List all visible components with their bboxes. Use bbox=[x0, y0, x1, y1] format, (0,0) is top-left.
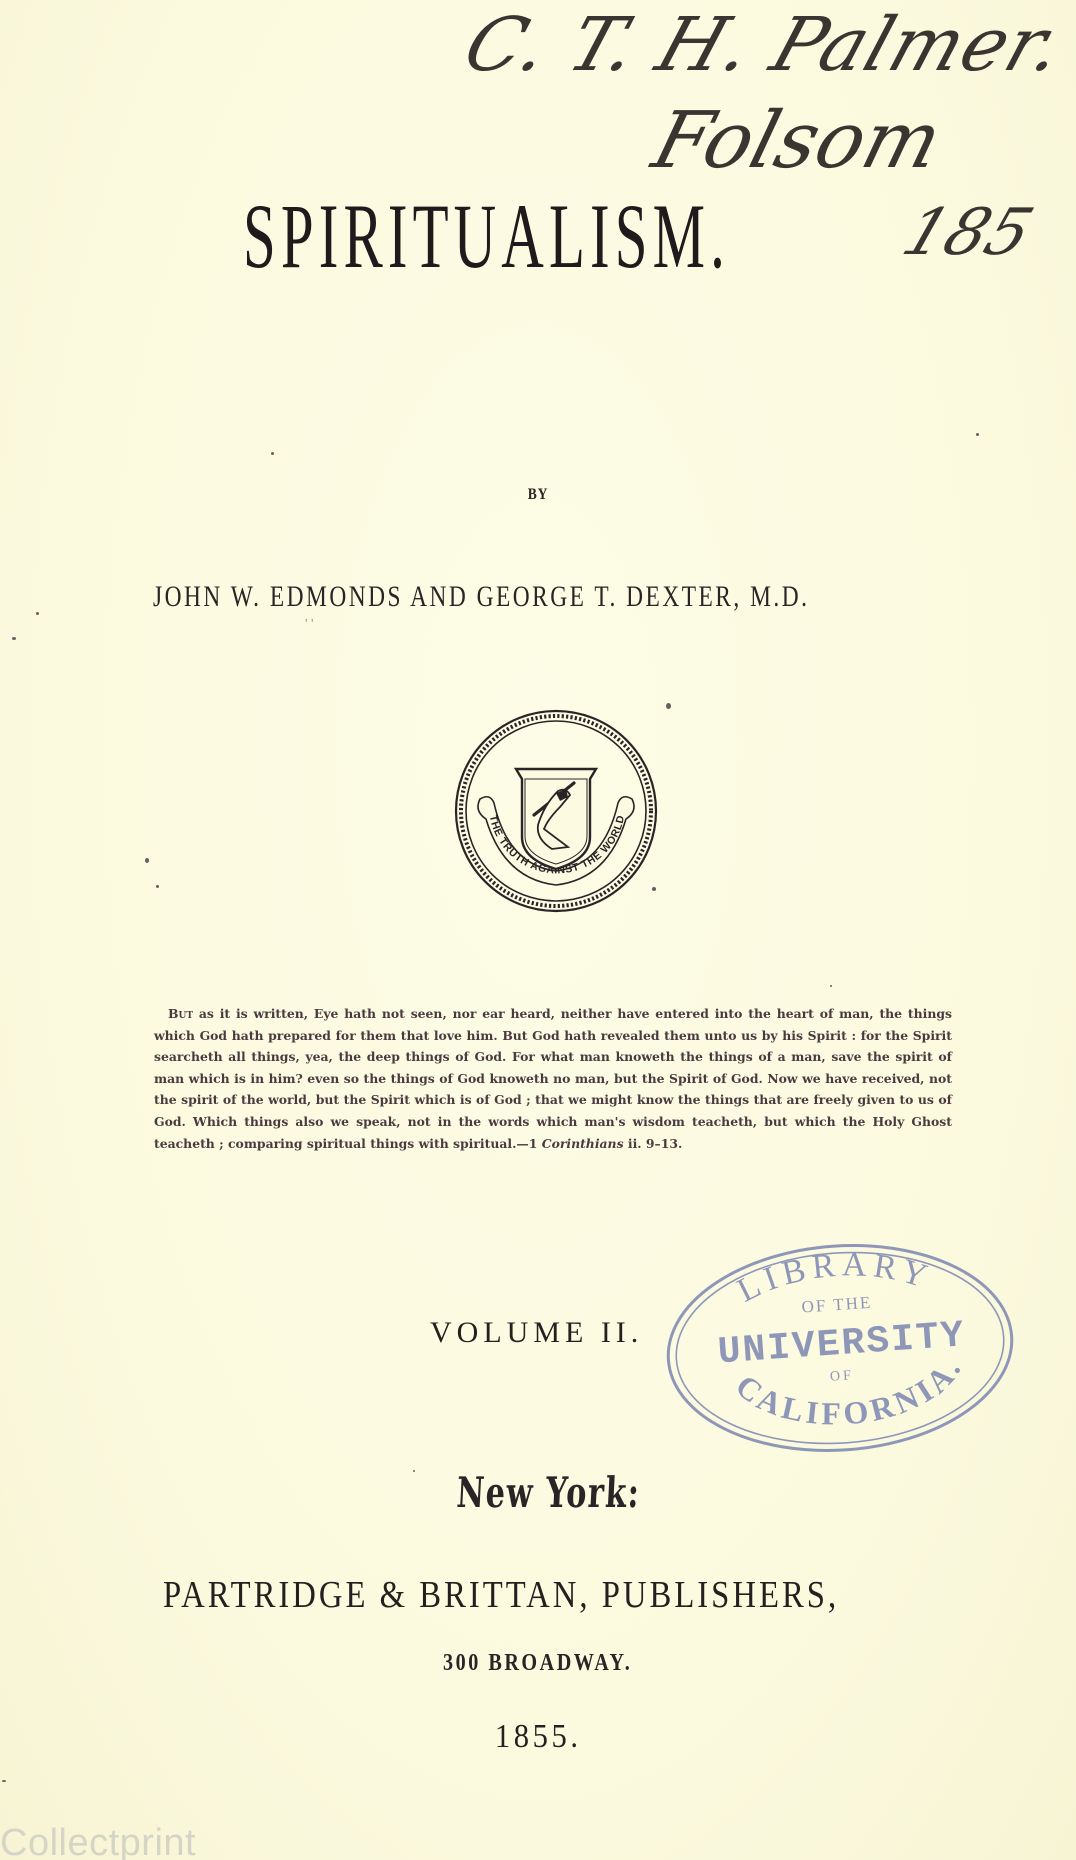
book-title: SPIRITUALISM. bbox=[243, 196, 730, 276]
volume-number: VOLUME II. bbox=[430, 1316, 643, 1350]
svg-text:OF THE: OF THE bbox=[801, 1293, 873, 1317]
dust-speck bbox=[145, 858, 149, 863]
epigraph-body: as it is written, Eye hath not seen, nor… bbox=[154, 1006, 952, 1151]
epigraph-citation-book: Corinthians bbox=[542, 1136, 624, 1151]
handwritten-owner-name: C. T. H. Palmer. bbox=[454, 2, 1075, 88]
dust-speck bbox=[156, 885, 159, 888]
dust-speck bbox=[36, 612, 39, 615]
margin-mark: ' ' bbox=[305, 617, 314, 633]
imprint-address: 300 BROADWAY. bbox=[443, 1650, 632, 1677]
title-block: SPIRITUALISM. bbox=[243, 196, 863, 276]
imprint-year-block: 1855. bbox=[0, 1718, 1076, 1756]
dust-speck bbox=[413, 1470, 415, 1472]
epigraph-citation-ref: ii. 9–13. bbox=[624, 1136, 683, 1151]
handwritten-date: 185 bbox=[893, 196, 1042, 270]
title-page: C. T. H. Palmer. Folsom 185 SPIRITUALISM… bbox=[0, 0, 1076, 1860]
watermark: Collectprint bbox=[0, 1822, 196, 1860]
dust-speck bbox=[666, 703, 671, 709]
imprint-publisher: PARTRIDGE & BRITTAN, PUBLISHERS, bbox=[163, 1574, 839, 1616]
byline-label: BY bbox=[81, 486, 996, 504]
imprint-year: 1855. bbox=[495, 1718, 582, 1756]
dust-speck bbox=[271, 452, 274, 455]
dust-speck bbox=[830, 985, 832, 987]
epigraph-quote: But as it is written, Eye hath not seen,… bbox=[154, 1003, 952, 1154]
dust-speck bbox=[12, 637, 16, 640]
dust-speck bbox=[652, 887, 656, 891]
imprint-address-block: 300 BROADWAY. bbox=[0, 1650, 1076, 1677]
dust-speck bbox=[2, 1780, 6, 1782]
svg-text:OF: OF bbox=[830, 1368, 855, 1385]
authors: JOHN W. EDMONDS AND GEORGE T. DEXTER, M.… bbox=[153, 582, 809, 612]
imprint-city: New York: bbox=[456, 1468, 642, 1517]
epigraph-lead: But bbox=[168, 1006, 193, 1021]
authors-block: JOHN W. EDMONDS AND GEORGE T. DEXTER, M.… bbox=[153, 582, 953, 612]
handwritten-place: Folsom bbox=[644, 96, 951, 186]
dust-speck bbox=[976, 433, 979, 436]
imprint-publisher-block: PARTRIDGE & BRITTAN, PUBLISHERS, bbox=[163, 1574, 943, 1616]
publisher-emblem-icon: THE TRUTH AGAINST THE WORLD bbox=[452, 707, 660, 915]
library-stamp: LIBRARY OF THE UNIVERSITY OF CALIFORNIA. bbox=[664, 1242, 1016, 1454]
